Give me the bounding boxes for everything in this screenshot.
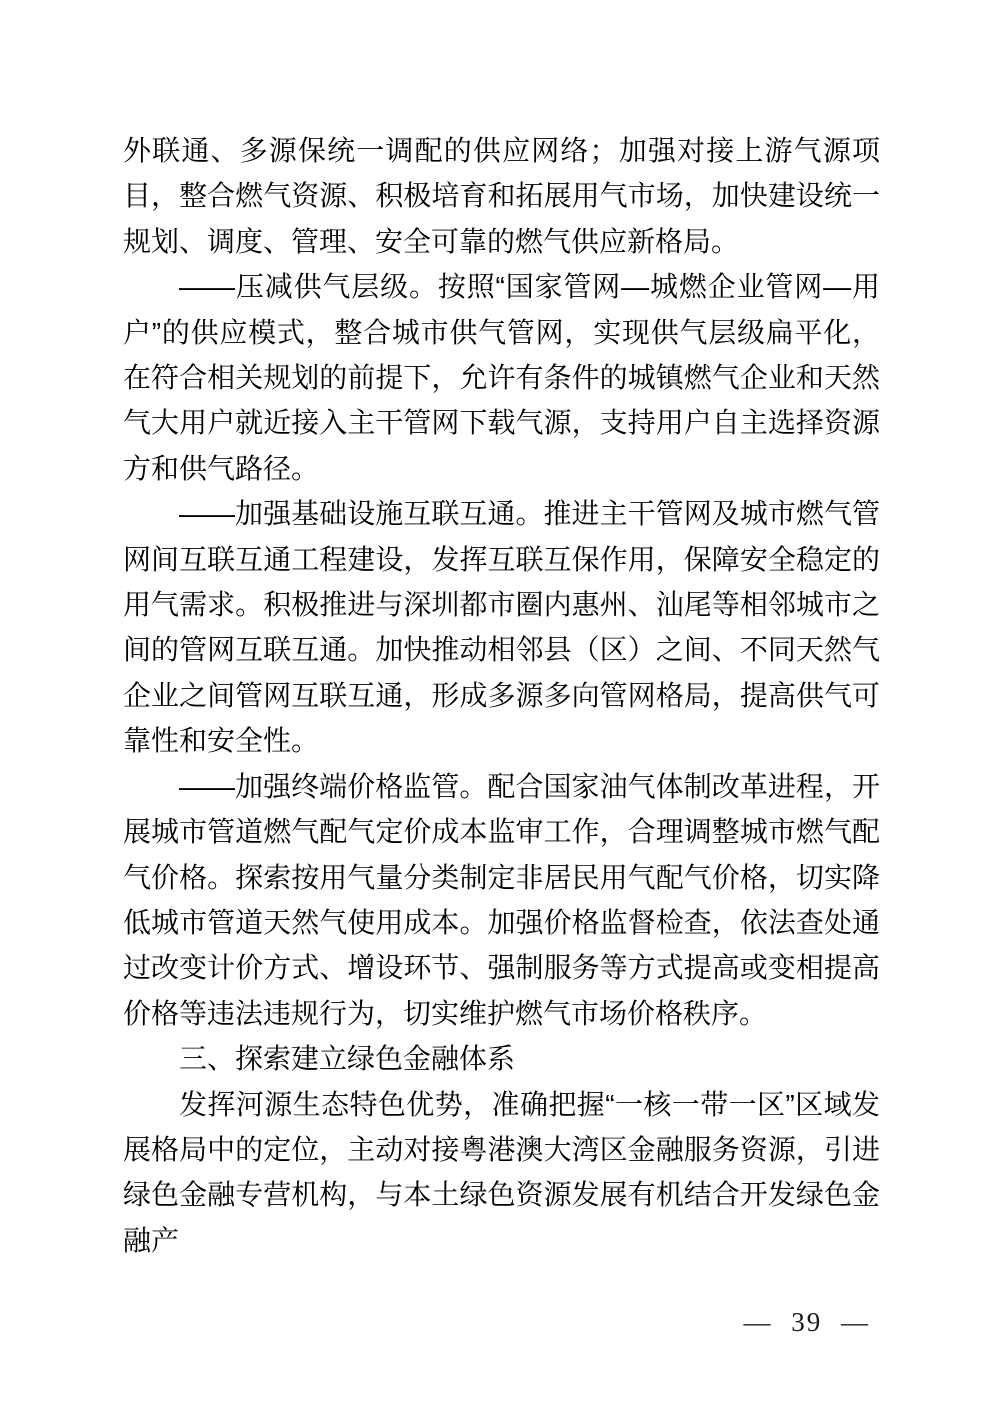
page-number: — 39 — (744, 1307, 871, 1338)
section-heading: 三、探索建立绿色金融体系 (123, 1036, 880, 1081)
paragraph: 外联通、多源保统一调配的供应网络；加强对接上游气源项目，整合燃气资源、积极培育和… (123, 128, 880, 264)
paragraph: ——加强终端价格监管。配合国家油气体制改革进程，开展城市管道燃气配气定价成本监审… (123, 764, 880, 1036)
document-body: 外联通、多源保统一调配的供应网络；加强对接上游气源项目，整合燃气资源、积极培育和… (123, 128, 880, 1263)
paragraph: ——压减供气层级。按照“国家管网—城燃企业管网—用户”的供应模式，整合城市供气管… (123, 264, 880, 491)
document-page: 外联通、多源保统一调配的供应网络；加强对接上游气源项目，整合燃气资源、积极培育和… (0, 0, 1000, 1414)
paragraph: 发挥河源生态特色优势，准确把握“一核一带一区”区域发展格局中的定位，主动对接粤港… (123, 1082, 880, 1264)
paragraph: ——加强基础设施互联互通。推进主干管网及城市燃气管网间互联互通工程建设，发挥互联… (123, 491, 880, 763)
